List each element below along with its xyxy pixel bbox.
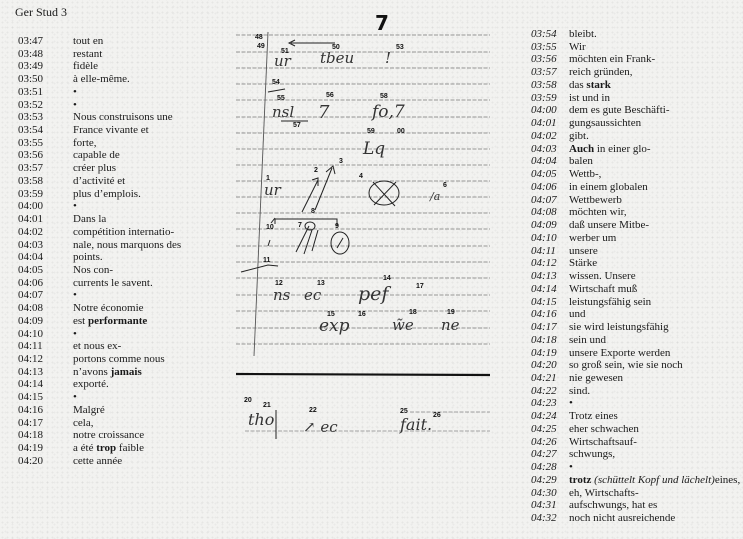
svg-text:8: 8 [311,208,315,215]
section-separator [236,374,490,375]
svg-text:21: 21 [263,402,271,409]
svg-text:ur: ur [264,181,282,199]
svg-text:ne: ne [441,316,460,334]
notes-section-a: 48 49 50 51 53 54 55 56 57 58 59 00 ur t… [255,34,405,159]
svg-text:18: 18 [409,309,417,316]
svg-text:14: 14 [383,275,391,282]
svg-text:ec: ec [304,286,322,304]
svg-text:58: 58 [380,93,388,100]
svg-text:59: 59 [367,128,375,135]
svg-text:11: 11 [263,257,271,264]
notes-section-c: 20 21 22 25 26 tho ↗ ec fait. [244,397,441,439]
svg-text:00: 00 [397,128,405,135]
svg-text:Lq: Lq [362,139,385,159]
svg-text:fo,7: fo,7 [370,102,405,122]
svg-text:54: 54 [272,79,280,86]
svg-text:10: 10 [266,224,274,231]
svg-text:4: 4 [359,173,363,180]
svg-text:/a: /a [429,190,440,203]
svg-text:ns: ns [273,286,291,304]
svg-text:exp: exp [319,316,350,336]
svg-text:tho: tho [248,410,274,429]
svg-text:55: 55 [277,95,285,102]
svg-text:57: 57 [293,122,301,129]
svg-text:nsl: nsl [272,103,294,121]
svg-text:3: 3 [339,158,343,165]
svg-text:7: 7 [298,222,302,229]
bottom-ruled-lines [245,412,490,431]
svg-text:17: 17 [416,283,424,290]
notes-section-b: 1 2 3 4 6 7 8 9 10 11 12 13 14 15 16 17 … [241,158,460,336]
svg-text:!: ! [385,49,391,67]
svg-text:fait.: fait. [399,415,432,434]
svg-text:20: 20 [244,397,252,404]
notepad-page-number: 7 [375,11,389,35]
svg-text:25: 25 [400,408,408,415]
svg-text:26: 26 [433,412,441,419]
svg-text:22: 22 [309,407,317,414]
svg-text:48: 48 [255,34,263,41]
svg-text:16: 16 [358,311,366,318]
svg-text:w̃e: w̃e [392,316,414,334]
svg-text:2: 2 [314,167,318,174]
svg-text:tbeu: tbeu [320,49,354,67]
svg-text:6: 6 [443,182,447,189]
svg-text:19: 19 [447,309,455,316]
svg-text:49: 49 [257,43,265,50]
svg-text:53: 53 [396,44,404,51]
svg-text:pef: pef [358,283,391,305]
svg-text:56: 56 [326,92,334,99]
svg-text:ur: ur [274,52,292,70]
interpreter-notepad: 7 48 49 50 51 53 54 55 56 57 58 59 00 ur… [0,0,743,539]
svg-text:7: 7 [318,102,330,123]
svg-text:↗ ec: ↗ ec [303,418,338,436]
